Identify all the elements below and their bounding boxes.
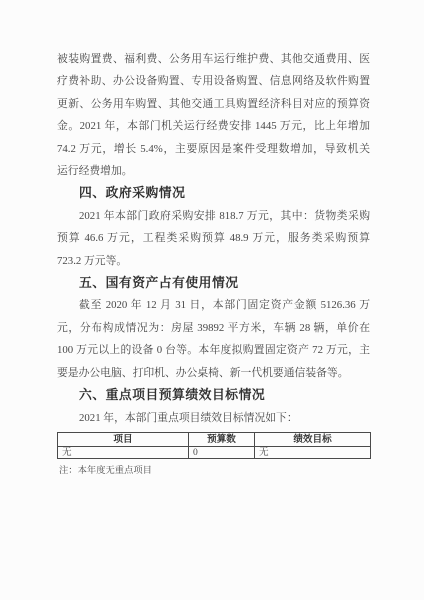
table-cell: 无 bbox=[58, 446, 189, 458]
table-header-cell: 绩效目标 bbox=[255, 432, 371, 446]
text-line: 金。2021 年，本部门机关运行经费安排 1445 万元，比上年增加 bbox=[57, 115, 370, 137]
paragraph: 截至 2020 年 12 月 31 日，本部门固定资产金额 5126.36 万元… bbox=[57, 294, 370, 384]
text-line: 更新、公务用车购置、其他交通工具购置经济科目对应的预算资 bbox=[57, 93, 370, 115]
text-line: 2021 年本部门政府采购安排 818.7 万元，其中：货物类采购 bbox=[57, 205, 370, 227]
text-line: 运行经费增加。 bbox=[57, 160, 370, 182]
text-line: 要是办公电脑、打印机、办公桌椅、新一代机要通信装备等。 bbox=[57, 362, 370, 384]
text-line: 元，分布构成情况为：房屋 39892 平方米，车辆 28 辆，单价在 bbox=[57, 317, 370, 339]
text-line: 截至 2020 年 12 月 31 日，本部门固定资产金额 5126.36 万 bbox=[57, 294, 370, 316]
text-line: 被装购置费、福利费、公务用车运行维护费、其他交通费用、医 bbox=[57, 48, 370, 70]
paragraph: 被装购置费、福利费、公务用车运行维护费、其他交通费用、医疗费补助、办公设备购置、… bbox=[57, 48, 370, 182]
document-page: 被装购置费、福利费、公务用车运行维护费、其他交通费用、医疗费补助、办公设备购置、… bbox=[0, 0, 424, 600]
table-cell: 无 bbox=[255, 446, 371, 458]
text-line: 疗费补助、办公设备购置、专用设备购置、信息网络及软件购置 bbox=[57, 70, 370, 92]
text-line: 100 万元以上的设备 0 台等。本年度拟购置固定资产 72 万元，主 bbox=[57, 339, 370, 361]
text-line: 预算 46.6 万元，工程类采购预算 48.9 万元，服务类采购预算 bbox=[57, 227, 370, 249]
table-header-row: 项目预算数绩效目标 bbox=[58, 432, 371, 446]
section-heading: 五、国有资产占有使用情况 bbox=[57, 272, 370, 294]
table-body: 无0无 bbox=[58, 446, 371, 458]
table-header-cell: 预算数 bbox=[189, 432, 255, 446]
document-body: 被装购置费、福利费、公务用车运行维护费、其他交通费用、医疗费补助、办公设备购置、… bbox=[57, 48, 370, 477]
table-header-cell: 项目 bbox=[58, 432, 189, 446]
table-row: 无0无 bbox=[58, 446, 371, 458]
text-line: 74.2 万元，增长 5.4%，主要原因是案件受理数增加，导致机关 bbox=[57, 138, 370, 160]
section-heading: 四、政府采购情况 bbox=[57, 182, 370, 204]
paragraph: 2021 年本部门政府采购安排 818.7 万元，其中：货物类采购预算 46.6… bbox=[57, 205, 370, 272]
text-line: 2021 年，本部门重点项目绩效目标情况如下： bbox=[57, 407, 370, 429]
section-heading: 六、重点项目预算绩效目标情况 bbox=[57, 384, 370, 406]
text-line: 723.2 万元等。 bbox=[57, 250, 370, 272]
table-head: 项目预算数绩效目标 bbox=[58, 432, 371, 446]
paragraph: 2021 年，本部门重点项目绩效目标情况如下： bbox=[57, 407, 370, 429]
table-note: 注：本年度无重点项目 bbox=[57, 465, 370, 477]
table-cell: 0 bbox=[189, 446, 255, 458]
performance-table: 项目预算数绩效目标无0无 bbox=[57, 432, 371, 459]
